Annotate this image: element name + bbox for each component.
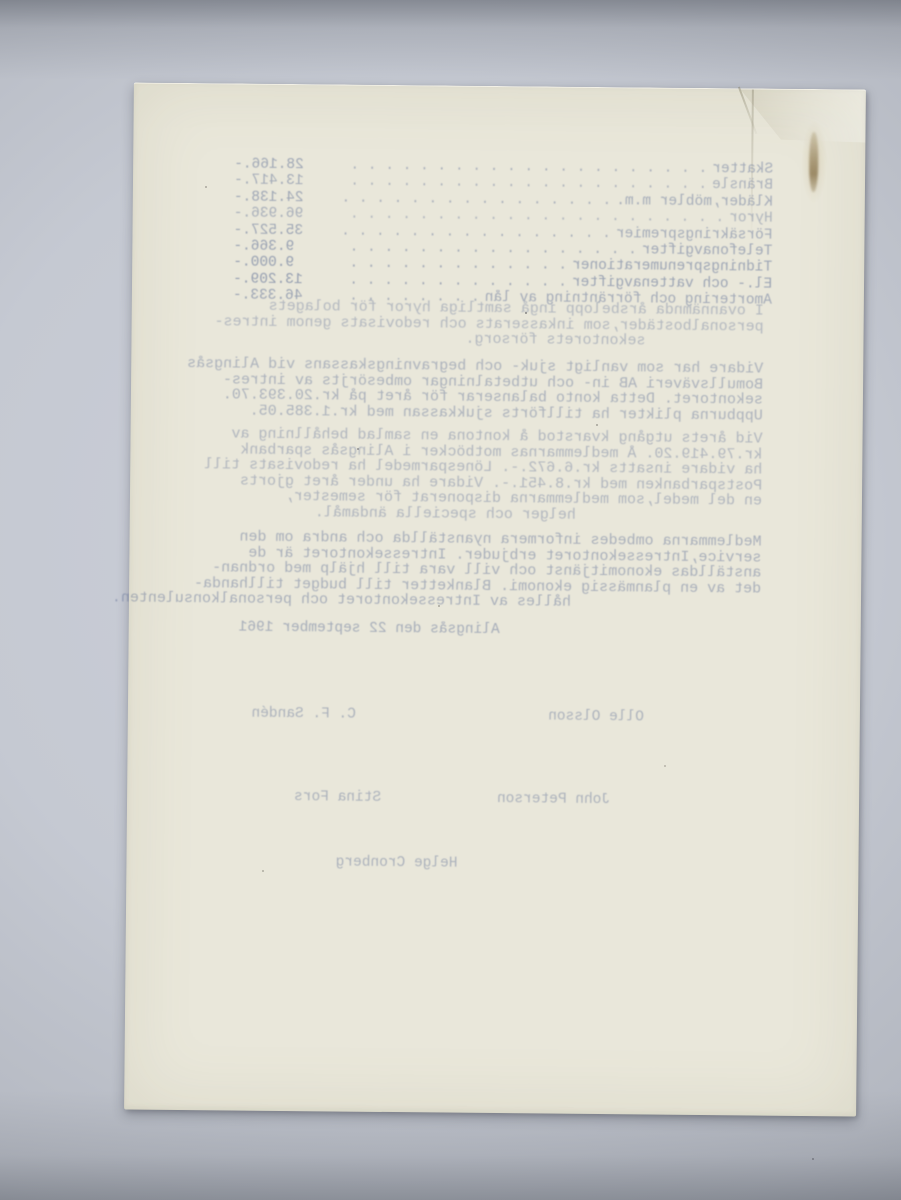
row-amount: 13.417.- bbox=[234, 173, 310, 190]
row-amount: 24.138.- bbox=[234, 189, 310, 206]
row-amount: 35.527.- bbox=[233, 222, 309, 239]
dotted-leader: . . . . . . . . . . . . . . . . . . . . … bbox=[344, 256, 567, 274]
row-amount: 28.166.- bbox=[234, 156, 310, 173]
dust-speck bbox=[262, 870, 264, 872]
dust-speck bbox=[596, 424, 598, 426]
row-amount: 9.000.- bbox=[233, 255, 309, 272]
dotted-leader: . . . . . . . . . . . . . . . . . . . . … bbox=[345, 190, 612, 209]
signature-name: John Peterson bbox=[497, 791, 610, 808]
signature-name: Helge Cronberg bbox=[336, 854, 458, 871]
row-label: Bränsle bbox=[712, 177, 773, 194]
paragraph-line: hålles av Intressekontoret och personalk… bbox=[181, 591, 571, 610]
signature-name: Olle Olsson bbox=[548, 709, 644, 726]
expense-table: Skatter. . . . . . . . . . . . . . . . .… bbox=[134, 84, 866, 91]
paragraph: Medlemmarna ombedes informera nyanställd… bbox=[181, 529, 762, 613]
paragraph-line: helger och speciella ändamål. bbox=[182, 504, 576, 523]
row-label: Försäkringspremier bbox=[616, 226, 773, 244]
dust-speck bbox=[205, 186, 207, 188]
row-label: Telefonavgifter bbox=[642, 242, 773, 259]
paragraph: I ovannämnda årsbelopp ingå samtliga hyr… bbox=[183, 298, 763, 350]
dotted-leader: . . . . . . . . . . . . . . . . . . . . … bbox=[344, 272, 567, 290]
row-amount: 9.366.- bbox=[233, 238, 309, 255]
row-label: Skatter bbox=[712, 161, 773, 178]
photo-background: Skatter. . . . . . . . . . . . . . . . .… bbox=[0, 0, 901, 1200]
row-label: Kläder,möbler m.m. bbox=[616, 193, 773, 211]
row-label: Hyror bbox=[729, 210, 773, 226]
dust-speck bbox=[525, 312, 527, 314]
document-sheet: Skatter. . . . . . . . . . . . . . . . .… bbox=[124, 83, 866, 1117]
paragraph: Vidare har som vanligt sjuk- och begravn… bbox=[183, 356, 764, 424]
paragraph-line: sekontorets försorg. bbox=[183, 329, 645, 349]
ghost-text-layer: Skatter. . . . . . . . . . . . . . . . .… bbox=[124, 84, 866, 1117]
paragraph: Vid årets utgång kvarstod å kontona en s… bbox=[182, 426, 763, 525]
row-label: Tidningsprenumerationer bbox=[572, 258, 772, 276]
row-label: El.- och vattenavgifter bbox=[572, 275, 772, 293]
row-amount: 13.209.- bbox=[233, 271, 309, 288]
signature-block: Olle OlssonC. F. SandénJohn PetersonStin… bbox=[134, 84, 866, 91]
date-line: Alingsås den 22 september 1961 bbox=[239, 620, 500, 639]
dust-speck bbox=[438, 605, 440, 607]
paragraph-line: Uppburna plikter ha tillförts sjukkassan… bbox=[183, 403, 763, 424]
signature-name: C. F. Sandén bbox=[251, 706, 356, 723]
dust-speck bbox=[664, 765, 666, 767]
row-amount: 96.936.- bbox=[234, 206, 310, 223]
dotted-leader: . . . . . . . . . . . . . . . . . . . . … bbox=[344, 223, 611, 242]
dust-speck bbox=[357, 448, 359, 450]
signature-name: Stina Fors bbox=[294, 789, 381, 806]
paragraph-block: I ovannämnda årsbelopp ingå samtliga hyr… bbox=[134, 84, 866, 91]
dust-speck bbox=[812, 1158, 814, 1160]
